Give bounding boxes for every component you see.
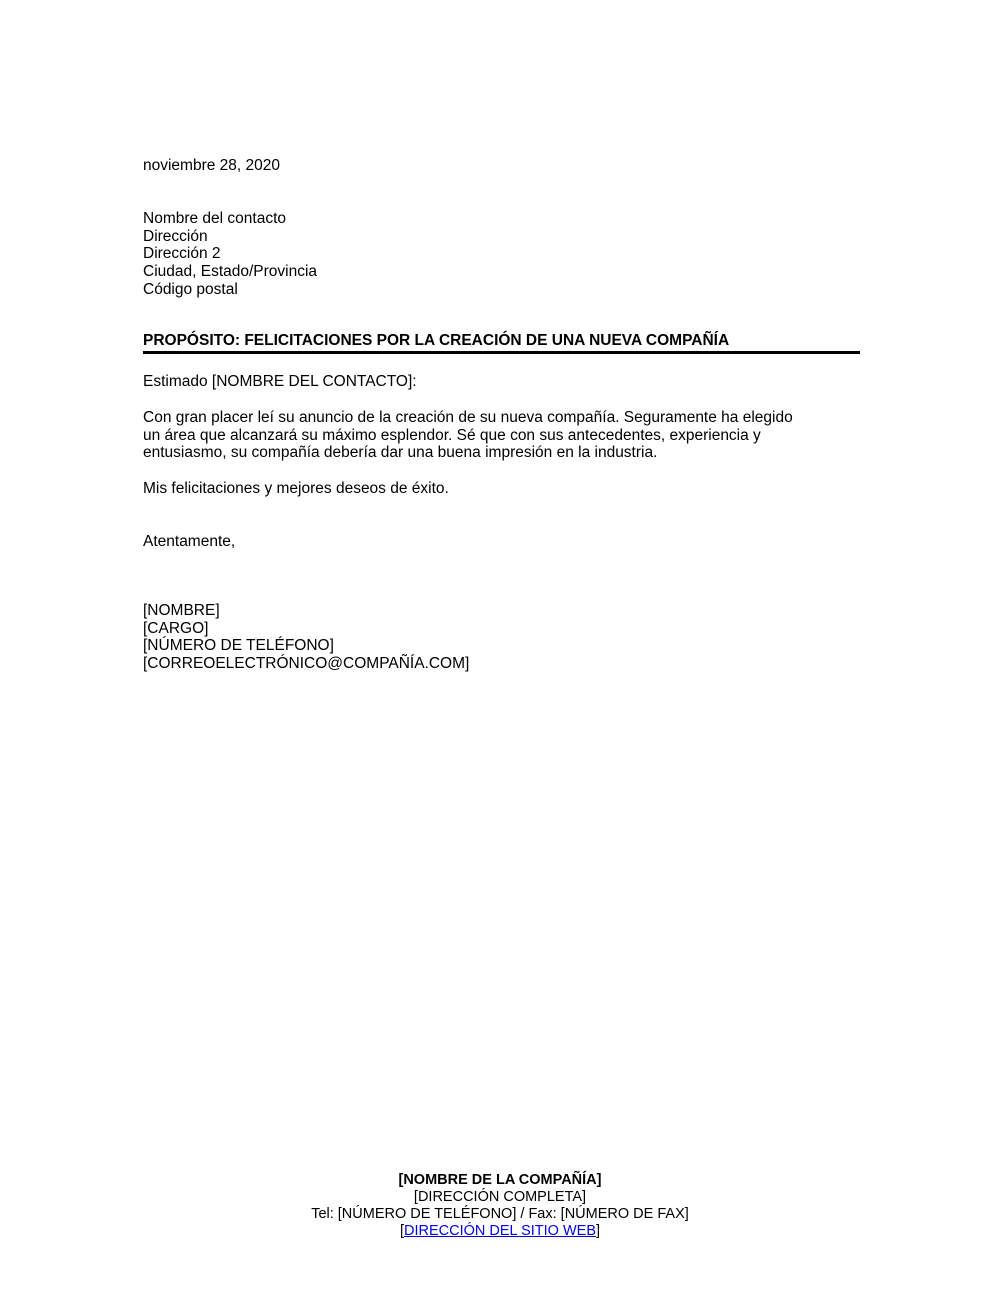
salutation: Estimado [NOMBRE DEL CONTACTO]: xyxy=(143,373,417,391)
bracket-close: ] xyxy=(596,1223,600,1239)
letter-date: noviembre 28, 2020 xyxy=(143,157,280,175)
recipient-postal-code: Código postal xyxy=(143,281,238,299)
signature-title: [CARGO] xyxy=(143,620,208,638)
recipient-address-1: Dirección xyxy=(143,228,208,246)
subject-heading: PROPÓSITO: FELICITACIONES POR LA CREACIÓ… xyxy=(143,332,860,354)
signature-phone: [NÚMERO DE TELÉFONO] xyxy=(143,637,334,655)
recipient-name: Nombre del contacto xyxy=(143,210,286,228)
body-line-1: Con gran placer leí su anuncio de la cre… xyxy=(143,409,793,427)
website-link[interactable]: DIRECCIÓN DEL SITIO WEB xyxy=(404,1223,596,1239)
footer-contact: Tel: [NÚMERO DE TELÉFONO] / Fax: [NÚMERO… xyxy=(0,1206,1000,1223)
signature-name: [NOMBRE] xyxy=(143,602,220,620)
closing-wish: Mis felicitaciones y mejores deseos de é… xyxy=(143,480,449,498)
body-line-2: un área que alcanzará su máximo esplendo… xyxy=(143,427,761,445)
footer-company-name: [NOMBRE DE LA COMPAÑÍA] xyxy=(0,1172,1000,1189)
body-line-3: entusiasmo, su compañía debería dar una … xyxy=(143,444,657,462)
closing: Atentamente, xyxy=(143,533,235,551)
footer-address: [DIRECCIÓN COMPLETA] xyxy=(0,1189,1000,1206)
recipient-city-state: Ciudad, Estado/Provincia xyxy=(143,263,317,281)
letterhead-footer: [NOMBRE DE LA COMPAÑÍA] [DIRECCIÓN COMPL… xyxy=(0,1172,1000,1240)
signature-email: [CORREOELECTRÓNICO@COMPAÑÍA.COM] xyxy=(143,655,469,673)
footer-website: [DIRECCIÓN DEL SITIO WEB] xyxy=(0,1223,1000,1240)
recipient-address-2: Dirección 2 xyxy=(143,245,221,263)
